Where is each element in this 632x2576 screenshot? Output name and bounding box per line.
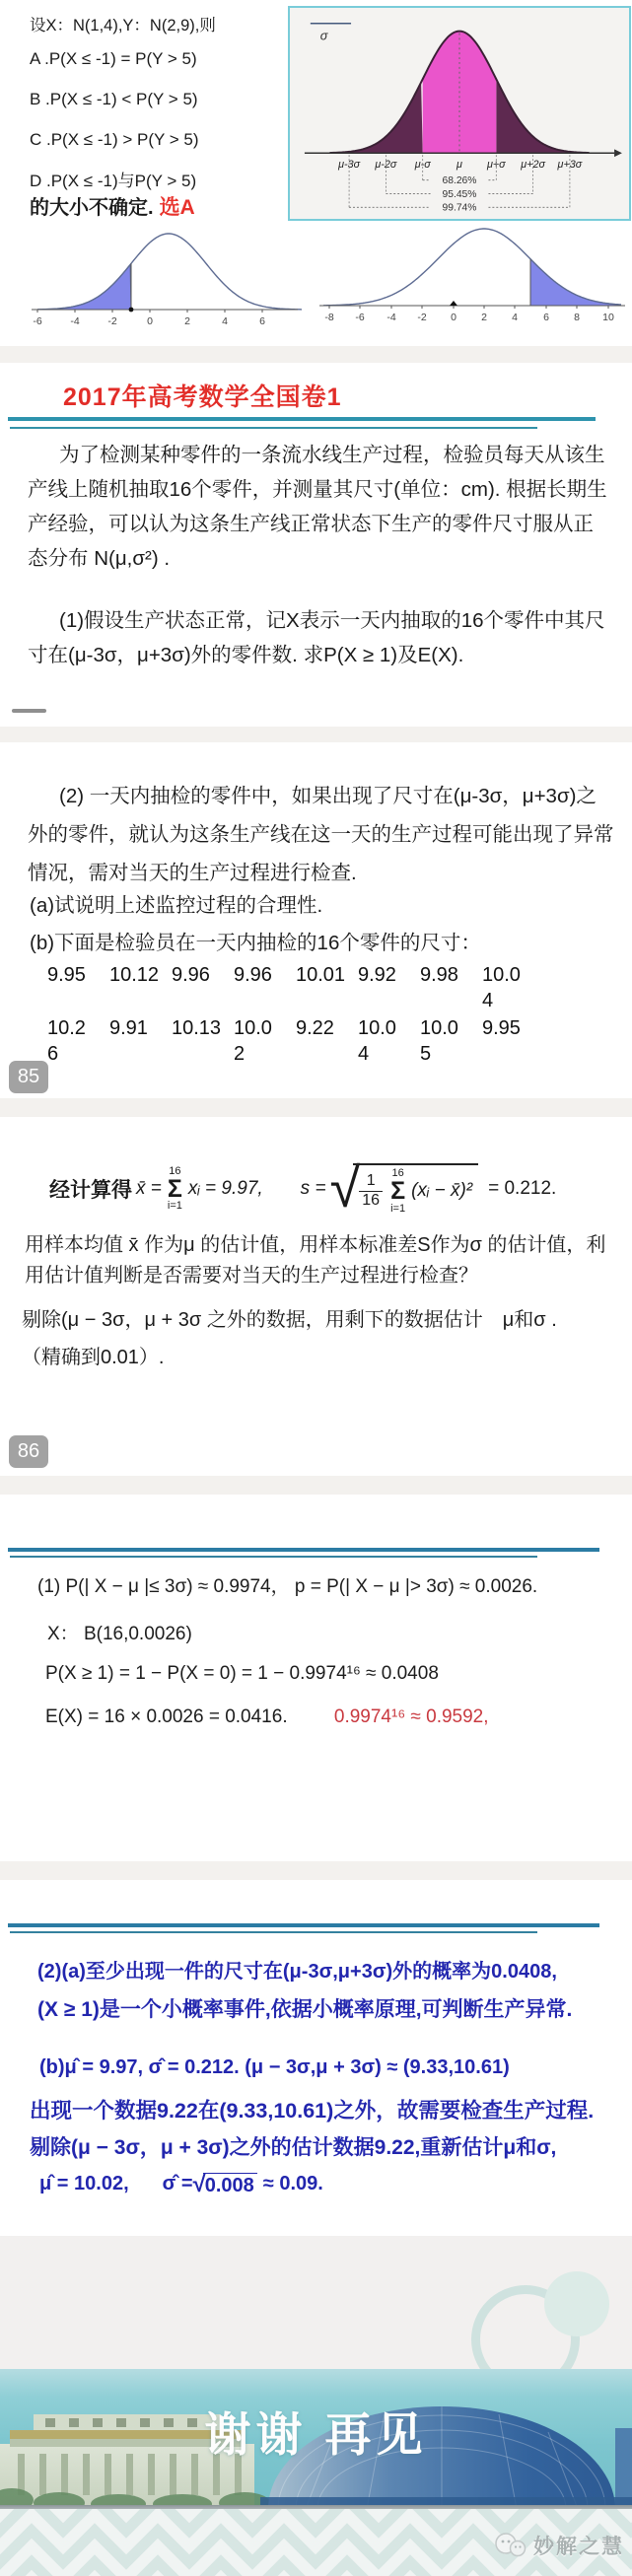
answer2-rule-thin [10, 1931, 537, 1933]
answer1-rule-thin [10, 1556, 537, 1558]
sqrt-0008: √ 0.008 [193, 2173, 257, 2197]
title-rule-thin [10, 427, 537, 429]
svg-text:0: 0 [451, 312, 456, 323]
sigma-glyph-2: Σ [390, 1180, 405, 1203]
stats-precision-line: （精确到0.01）. [22, 1341, 164, 1375]
option-a: A .P(X ≤ -1) = P(Y > 5) [30, 49, 197, 69]
divider-band-1 [0, 346, 632, 363]
divider-band-2 [0, 727, 632, 742]
svg-text:68.26%: 68.26% [443, 175, 477, 186]
option-c: C .P(X ≤ -1) > P(Y > 5) [30, 130, 199, 150]
svg-text:2: 2 [481, 312, 487, 323]
divider-band-4 [0, 1476, 632, 1495]
frac-denominator: 16 [359, 1191, 383, 1210]
frac-numerator: 1 [367, 1172, 376, 1190]
data-cell: 9.95 [47, 962, 99, 1013]
question-intro: 设X：N(1,4),Y：N(2,9),则 [30, 12, 216, 35]
watermark: 妙解之慧 [494, 2531, 624, 2560]
answer1-line4: E(X) = 16 × 0.0026 = 0.0416. 0.9974¹⁶ ≈ … [45, 1706, 489, 1728]
data-row-2: 10.2 6 9.91 10.13 10.0 2 9.22 10.0 4 10.… [47, 1015, 544, 1067]
svg-text:-8: -8 [324, 312, 333, 323]
answer1-line1: (1) P(| X − μ |≤ 3σ) ≈ 0.9974， p = P(| X… [37, 1571, 537, 1598]
collapsed-image-dash [12, 709, 46, 713]
farewell-text: 谢谢 再见 [0, 2399, 632, 2465]
ex-value: E(X) = 16 × 0.0026 = 0.0416. [45, 1706, 288, 1727]
svg-text:-2: -2 [107, 315, 116, 327]
answer-choice: 选A [160, 196, 195, 219]
question-conclusion: 的大小不确定.选A [30, 191, 195, 221]
page-number-badge-86: 86 [9, 1435, 48, 1468]
mean-sd-formula: 经计算得 x̄ = 16 Σ i=1 xᵢ = 9.97, s = √ 1 16… [49, 1163, 556, 1215]
page-number-badge-85: 85 [9, 1061, 48, 1093]
data-cell: 9.96 [172, 962, 223, 1013]
svg-text:6: 6 [259, 315, 265, 327]
sqrt-expression: √ 1 16 16 Σ i=1 (xᵢ − x̄)² [330, 1163, 479, 1215]
sum-symbol: 16 Σ i=1 [168, 1166, 182, 1213]
svg-text:4: 4 [512, 312, 518, 323]
filled-circle-decoration [544, 2271, 609, 2336]
mu-hat-value: μ̂ = 10.02, [39, 2173, 129, 2195]
svg-text:-4: -4 [386, 312, 395, 323]
problem-part1: (1)假设生产状态正常，记X表示一天内抽取的16个零件中其尺寸在(μ-3σ，μ+… [28, 603, 611, 672]
svg-text:8: 8 [574, 312, 580, 323]
answer1-rule-thick [8, 1548, 599, 1552]
data-cell: 10.12 [109, 962, 161, 1013]
data-cell: 9.95 [482, 1015, 533, 1067]
data-row-1: 9.95 10.12 9.96 9.96 10.01 9.92 9.98 10.… [47, 962, 544, 1013]
answer2-line6: μ̂ = 10.02, σ̂ = √ 0.008 ≈ 0.09. [39, 2173, 323, 2197]
approx-009: ≈ 0.09. [263, 2173, 323, 2195]
data-cell: 9.91 [109, 1015, 161, 1067]
stats-paragraph: 用样本均值 x̄ 作为μ 的估计值，用样本标准差S作为σ 的估计值，利用估计值判… [25, 1230, 618, 1291]
svg-text:95.45%: 95.45% [443, 189, 477, 200]
radicand: 1 16 16 Σ i=1 (xᵢ − x̄)² [353, 1163, 478, 1215]
decoration-band [0, 2236, 632, 2369]
data-cell: 9.92 [358, 962, 409, 1013]
choice-question-block: 设X：N(1,4),Y：N(2,9),则 A .P(X ≤ -1) = P(Y … [30, 8, 291, 220]
sum-symbol-2: 16 Σ i=1 [390, 1168, 405, 1215]
formula-prefix: 经计算得 [49, 1174, 132, 1204]
footer-band: 妙解之慧 [0, 2509, 632, 2576]
sum-lower: i=1 [168, 1201, 182, 1212]
data-cell: 10.13 [172, 1015, 223, 1067]
radicand-small: 0.008 [203, 2173, 257, 2197]
answer2-line5: 剔除(μ − 3σ，μ + 3σ)之外的估计数据9.22,重新估计μ和σ, [30, 2131, 556, 2161]
watermark-text: 妙解之慧 [533, 2531, 624, 2560]
data-cell: 9.22 [296, 1015, 347, 1067]
answer1-line3: P(X ≥ 1) = 1 − P(X = 0) = 1 − 0.9974¹⁶ ≈… [45, 1663, 439, 1685]
answer2-rule-thick [8, 1923, 599, 1927]
data-cell: 9.96 [234, 962, 285, 1013]
problem-part2b: (b)下面是检验员在一天内抽检的16个零件的尺寸： [30, 926, 481, 960]
s-equals: s = [301, 1178, 326, 1200]
data-cell: 10.01 [296, 962, 347, 1013]
svg-text:99.74%: 99.74% [443, 203, 477, 214]
s-result: = 0.212. [488, 1178, 556, 1200]
svg-text:0: 0 [147, 315, 153, 327]
svg-text:-2: -2 [417, 312, 426, 323]
answer2-line1: (2)(a)至少出现一件的尺寸在(μ-3σ,μ+3σ)外的概率为0.0408, [37, 1955, 557, 1984]
svg-text:-6: -6 [33, 315, 41, 327]
squared-term: (xᵢ − x̄)² [411, 1180, 472, 1202]
option-b: B .P(X ≤ -1) < P(Y > 5) [30, 90, 198, 109]
answer2-line4: 出现一个数据9.22在(9.33,10.61)之外，故需要检查生产过程. [30, 2094, 594, 2124]
answer2-line3: (b)μ̂ = 9.97, σ̂ = 0.212. (μ − 3σ,μ + 3σ… [39, 2056, 510, 2079]
data-cell: 10.0 4 [358, 1015, 409, 1067]
svg-text:4: 4 [222, 315, 228, 327]
svg-text:-4: -4 [70, 315, 79, 327]
svg-text:μ: μ [456, 159, 462, 171]
article-page: { "question": { "intro": "设X：N(1,4),Y：N(… [0, 0, 632, 2576]
section-title: 2017年高考数学全国卷1 [63, 378, 342, 413]
svg-text:σ: σ [320, 28, 329, 42]
svg-text:2: 2 [184, 315, 190, 327]
right-tail-curve-figure: -8-6-4-20246810 [312, 223, 632, 331]
problem-intro: 为了检测某种零件的一条流水线生产过程，检验员每天从该生产线上随机抽取16个零件，… [28, 438, 611, 576]
svg-text:-6: -6 [355, 312, 364, 323]
sigma-glyph: Σ [168, 1178, 182, 1201]
wechat-icon [494, 2533, 527, 2558]
answer2-line2: (X ≥ 1)是一个小概率事件,依据小概率原理,可判断生产异常. [37, 1993, 572, 2023]
farewell-slide: 谢谢 再见 [0, 2369, 632, 2509]
left-tail-curve-figure: -6-4-20246 [22, 227, 310, 331]
svg-text:6: 6 [543, 312, 549, 323]
option-d: D .P(X ≤ -1)与P(Y > 5) [30, 167, 196, 191]
problem-part2: (2) 一天内抽检的零件中，如果出现了尺寸在(μ-3σ，μ+3σ)之外的零件，就… [28, 777, 615, 892]
title-rule-thick [8, 417, 596, 421]
sigma-hat-eq: σ̂ = [163, 2173, 193, 2195]
normal-distribution-figure: σμ-3σμ-2σμ-σμμ+σμ+2σμ+3σ68.26%95.45%99.7… [288, 6, 631, 221]
data-cell: 10.0 4 [482, 962, 533, 1013]
stats-remove-line: 剔除(μ − 3σ，μ + 3σ 之外的数据，用剩下的数据估计 μ和σ . [22, 1303, 557, 1338]
problem-part2a: (a)试说明上述监控过程的合理性. [30, 888, 322, 923]
data-cell: 9.98 [420, 962, 471, 1013]
answer1-line2: X： B(16,0.0026) [47, 1619, 192, 1645]
fraction-1-16: 1 16 [359, 1172, 383, 1210]
data-cell: 10.0 2 [234, 1015, 285, 1067]
conclusion-text: 的大小不确定. [30, 197, 154, 219]
svg-text:10: 10 [602, 312, 614, 323]
data-cell: 10.0 5 [420, 1015, 471, 1067]
mean-result: xᵢ = 9.97, [188, 1178, 263, 1200]
xbar-equals: x̄ = [136, 1178, 162, 1200]
divider-band-5 [0, 1861, 632, 1880]
divider-band-3 [0, 1098, 632, 1117]
normal-curve-svg: σμ-3σμ-2σμ-σμμ+σμ+2σμ+3σ68.26%95.45%99.7… [290, 8, 629, 219]
data-cell: 10.2 6 [47, 1015, 99, 1067]
sum-lower-2: i=1 [390, 1204, 405, 1215]
red-note: 0.9974¹⁶ ≈ 0.9592, [334, 1706, 489, 1727]
